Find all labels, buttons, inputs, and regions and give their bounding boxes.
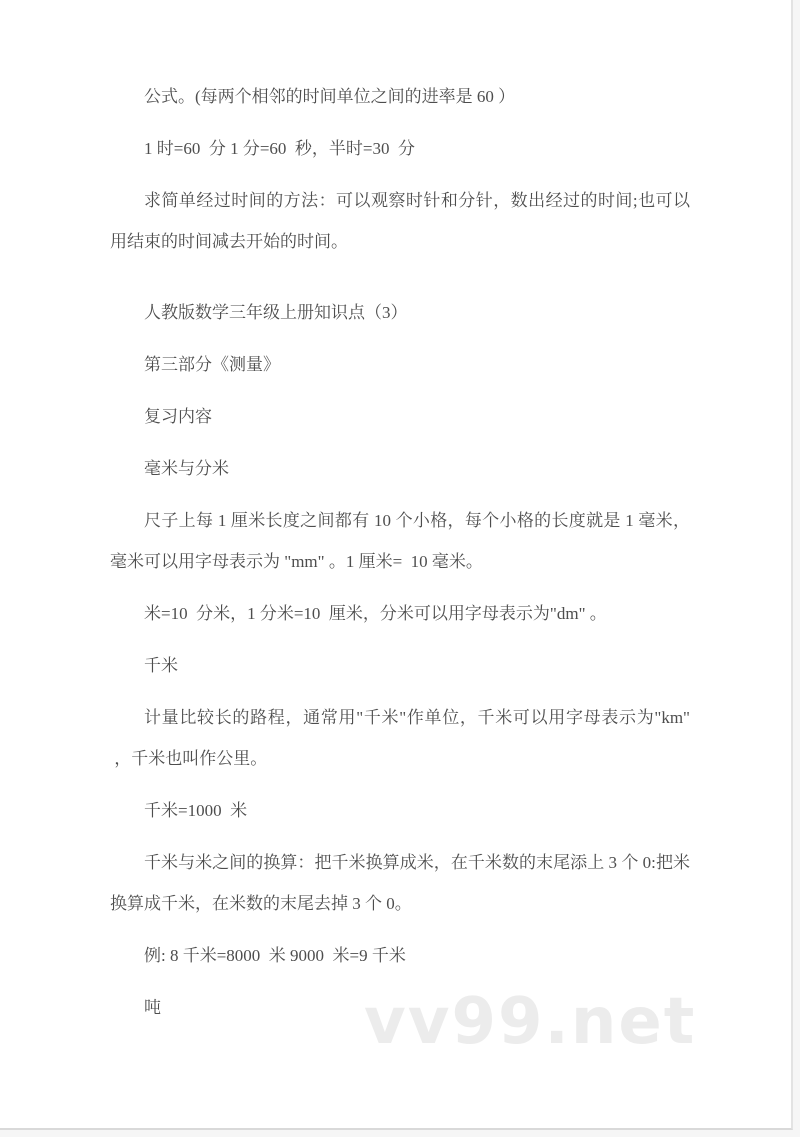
document-page: vv99.net 公式。(每两个相邻的时间单位之间的进率是 60 ） 1 时=6… (0, 0, 793, 1130)
doc-heading-review-content: 复习内容 (110, 396, 690, 437)
doc-heading-part-three-measurement: 第三部分《测量》 (110, 344, 690, 385)
doc-paragraph-km-m-conversion: 千米与米之间的换算：把千米换算成米，在千米数的末尾添上 3 个 0:把米换算成千… (110, 842, 690, 924)
doc-paragraph-ruler-millimeter: 尺子上每 1 厘米长度之间都有 10 个小格，每个小格的长度就是 1 毫米，毫米… (110, 500, 690, 582)
doc-paragraph-meter-decimeter: 米=10 分米，1 分米=10 厘米，分米可以用字母表示为"dm" 。 (110, 593, 690, 634)
doc-heading-millimeter-decimeter: 毫米与分米 (110, 448, 690, 489)
doc-heading-kilometer: 千米 (110, 645, 690, 686)
doc-heading-knowledge-points-3: 人教版数学三年级上册知识点（3） (110, 292, 690, 333)
doc-paragraph-formula-note: 公式。(每两个相邻的时间单位之间的进率是 60 ） (110, 76, 690, 117)
doc-paragraph-conversion-example: 例: 8 千米=8000 米 9000 米=9 千米 (110, 935, 690, 976)
doc-paragraph-kilometer-usage: 计量比较长的路程，通常用"千米"作单位，千米可以用字母表示为"km" ，千米也叫… (110, 697, 690, 779)
document-body: 公式。(每两个相邻的时间单位之间的进率是 60 ） 1 时=60 分 1 分=6… (110, 76, 690, 1039)
doc-paragraph-kilometer-equals: 千米=1000 米 (110, 790, 690, 831)
doc-paragraph-time-conversion: 1 时=60 分 1 分=60 秒，半时=30 分 (110, 128, 690, 169)
doc-paragraph-elapsed-time-method: 求简单经过时间的方法：可以观察时针和分针，数出经过的时间;也可以用结束的时间减去… (110, 180, 690, 262)
doc-heading-ton: 吨 (110, 987, 690, 1028)
